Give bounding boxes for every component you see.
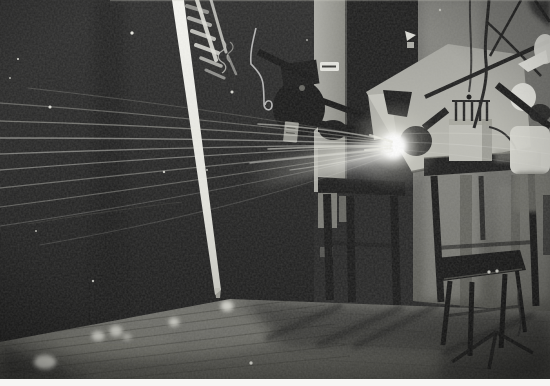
photo-canvas [0,0,550,379]
photo-frame [0,0,550,386]
photograph [0,0,550,379]
photo-border-bottom [0,379,550,386]
vignette-overlay [0,0,550,379]
